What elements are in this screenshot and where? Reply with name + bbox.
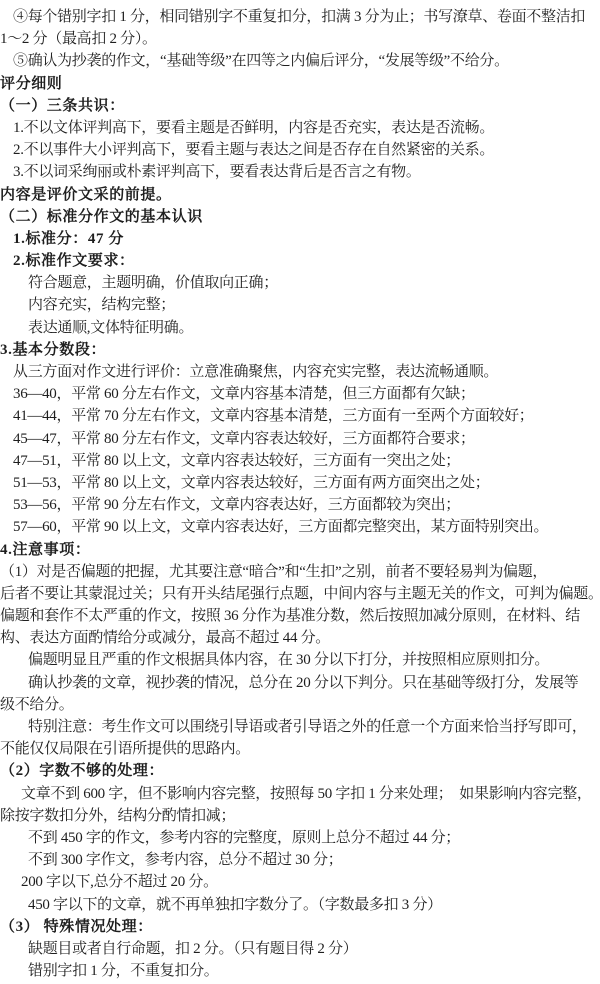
text-line: ⑤确认为抄袭的作文，“基础等级”在四等之内偏后评分，“发展等级”不给分。	[0, 50, 600, 72]
text-line: 评分细则	[0, 73, 600, 95]
text-line: 不到 300 字作文，参考内容，总分不超过 30 分；	[0, 849, 600, 871]
text-line: 3.基本分数段：	[0, 339, 600, 361]
text-line: 内容充实，结构完整；	[0, 294, 600, 316]
document-page: ④每个错别字扣 1 分，相同错别字不重复扣分，扣满 3 分为止；书写潦草、卷面不…	[0, 0, 600, 984]
text-line: 偏题明显且严重的作文根据具体内容，在 30 分以下打分，并按照相应原则扣分。	[0, 649, 600, 671]
text-line: 错别字扣 1 分，不重复扣分。	[0, 960, 600, 982]
text-line: 符合题意，主题明确，价值取向正确；	[0, 272, 600, 294]
text-line: ④每个错别字扣 1 分，相同错别字不重复扣分，扣满 3 分为止；书写潦草、卷面不…	[0, 6, 600, 28]
document-body: ④每个错别字扣 1 分，相同错别字不重复扣分，扣满 3 分为止；书写潦草、卷面不…	[0, 6, 600, 982]
text-line: （3） 特殊情况处理：	[0, 916, 600, 938]
text-line: 47—51，平常 80 以上文，文章内容表达较好，三方面有一突出之处；	[0, 450, 600, 472]
text-line: （二）标准分作文的基本认识	[0, 206, 600, 228]
text-line: 从三方面对作文进行评价：立意准确聚焦，内容充实完整，表达流畅通顺。	[0, 361, 600, 383]
text-line: 文章不到 600 字，但不影响内容完整，按照每 50 字扣 1 分来处理； 如果…	[0, 783, 600, 805]
text-line: 51—53，平常 80 以上文，文章内容表达较好，三方面有两方面突出之处；	[0, 472, 600, 494]
text-line: 36—40，平常 60 分左右作文，文章内容基本清楚，但三方面都有欠缺；	[0, 383, 600, 405]
text-line: 45—47，平常 80 分左右作文，文章内容表达较好，三方面都符合要求；	[0, 428, 600, 450]
text-line: 级不给分。	[0, 694, 600, 716]
text-line: 1～2 分（最高扣 2 分）。	[0, 28, 600, 50]
text-line: 53—56，平常 90 分左右作文，文章内容表达好，三方面都较为突出；	[0, 494, 600, 516]
text-line: 2.不以事件大小评判高下，要看主题与表达之间是否存在自然紧密的关系。	[0, 139, 600, 161]
text-line: 内容是评价文采的前提。	[0, 184, 600, 206]
text-line: 不到 450 字的作文，参考内容的完整度，原则上总分不超过 44 分；	[0, 827, 600, 849]
text-line: 缺题目或者自行命题，扣 2 分。（只有题目得 2 分）	[0, 938, 600, 960]
text-line: 57—60，平常 90 以上文，文章内容表达好，三方面都完整突出，某方面特别突出…	[0, 516, 600, 538]
text-line: 41—44，平常 70 分左右作文，文章内容基本清楚，三方面有一至两个方面较好；	[0, 405, 600, 427]
text-line: （一）三条共识：	[0, 95, 600, 117]
text-line: 1.不以文体评判高下，要看主题是否鲜明，内容是否充实，表达是否流畅。	[0, 117, 600, 139]
text-line: 3.不以词采绚丽或朴素评判高下，要看表达背后是否言之有物。	[0, 161, 600, 183]
text-line: 200 字以下,总分不超过 20 分。	[0, 871, 600, 893]
text-line: （2）字数不够的处理：	[0, 760, 600, 782]
text-line: 除按字数扣分外，结构分酌情扣减；	[0, 805, 600, 827]
text-line: 2.标准作文要求：	[0, 250, 600, 272]
text-line: 偏题和套作不太严重的作文，按照 36 分作为基准分数，然后按照加减分原则，在材料…	[0, 605, 600, 627]
text-line: 4.注意事项：	[0, 539, 600, 561]
text-line: 后者不要让其蒙混过关；只有开头结尾强行点题，中间内容与主题无关的作文，可判为偏题…	[0, 583, 600, 605]
text-line: 特别注意：考生作文可以围绕引导语或者引导语之外的任意一个方面来恰当抒写即可，	[0, 716, 600, 738]
text-line: 构、表达方面酌情给分或减分，最高不超过 44 分。	[0, 627, 600, 649]
text-line: 1.标准分：47 分	[0, 228, 600, 250]
text-line: 确认抄袭的文章，视抄袭的情况，总分在 20 分以下判分。只在基础等级打分，发展等	[0, 672, 600, 694]
text-line: 表达通顺,文体特征明确。	[0, 317, 600, 339]
text-line: （1）对是否偏题的把握，尤其要注意“暗合”和“生扣”之别，前者不要轻易判为偏题，	[0, 561, 600, 583]
text-line: 450 字以下的文章，就不再单独扣字数分了。（字数最多扣 3 分）	[0, 894, 600, 916]
text-line: 不能仅仅局限在引语所提供的思路内。	[0, 738, 600, 760]
